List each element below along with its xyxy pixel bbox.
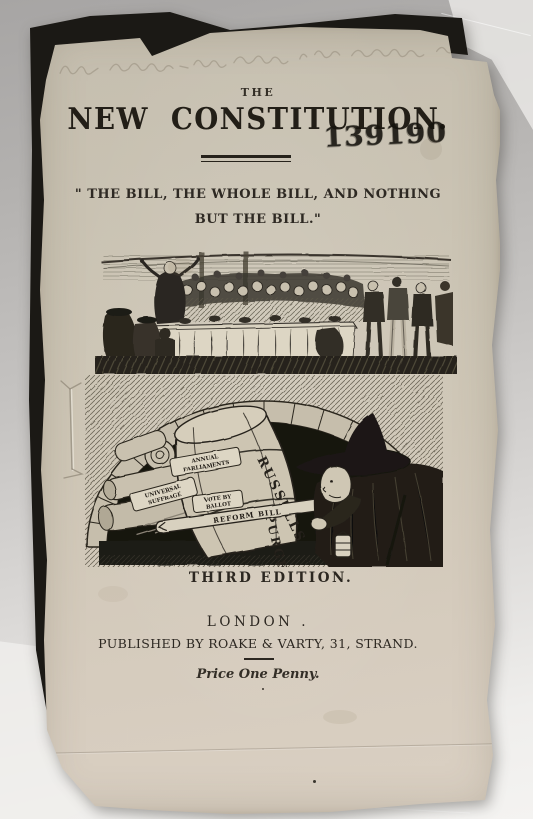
double-rule-divider <box>201 155 291 162</box>
imprint-publisher: PUBLISHED BY ROAKE & VARTY, 31, STRAND. <box>38 636 478 651</box>
short-rule-divider <box>244 658 274 660</box>
guy-fawkes-engraving: RUSSELLS PURGE ANNUAL PARLIAMENTS UNIVER… <box>85 375 443 567</box>
speck <box>313 780 316 783</box>
imprint-city: LONDON . <box>38 614 478 630</box>
stain <box>420 138 442 160</box>
quote-line-2: BUT THE BILL." <box>38 212 478 227</box>
stain <box>323 710 357 724</box>
paper-crease <box>38 743 500 754</box>
stain <box>168 258 194 276</box>
binding-stitch <box>56 378 100 488</box>
speck <box>398 370 400 372</box>
face <box>321 466 352 502</box>
title-kicker: THE <box>38 86 478 99</box>
price-statement: Price One Penny. <box>38 667 478 682</box>
meeting-engraving <box>95 246 457 374</box>
quote-line-1: " THE BILL, THE WHOLE BILL, AND NOTHING <box>38 187 478 202</box>
lantern <box>335 532 351 557</box>
pamphlet: THE NEW CONSTITUTION. 139190 " THE BILL,… <box>0 0 533 819</box>
hand <box>311 518 327 530</box>
speck <box>262 688 264 690</box>
pamphlet-title-page: THE NEW CONSTITUTION. 139190 " THE BILL,… <box>38 26 500 814</box>
stain <box>98 586 128 602</box>
edition-statement: THIRD EDITION. <box>51 570 491 586</box>
photo-background: THE NEW CONSTITUTION. 139190 " THE BILL,… <box>0 0 533 819</box>
